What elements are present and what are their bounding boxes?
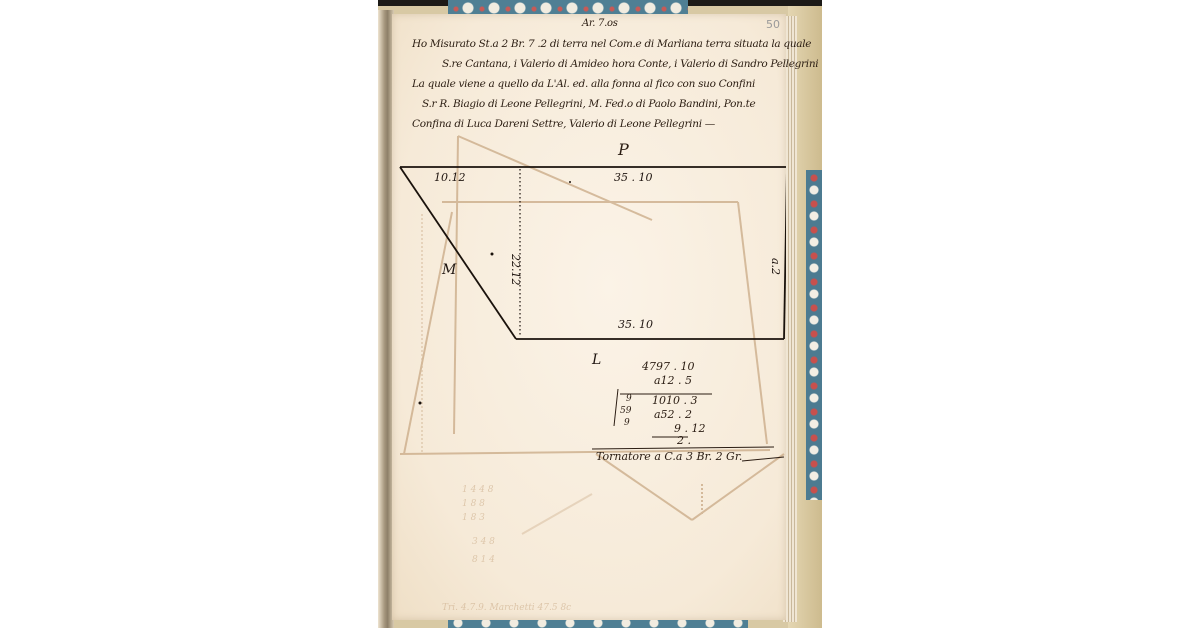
svg-text:Tri. 4.7.9. Marchetti 47.5 8c: Tri. 4.7.9. Marchetti 47.5 8c (442, 603, 571, 613)
svg-text:1 4 4 8: 1 4 4 8 (462, 485, 494, 495)
label-right: a.2 (769, 258, 782, 275)
text-line-2: S.re Cantana, i Valerio di Amideo hora C… (442, 58, 818, 70)
calc-divisor-2: 59 (620, 406, 631, 416)
label-left-letter: M (442, 262, 456, 278)
manuscript-scan: 1 4 4 8 1 8 8 1 8 3 3 4 8 8 1 4 Tri. 4.7… (378, 0, 822, 628)
label-bottom-mark: L (592, 352, 601, 368)
label-top-left: 10.12 (434, 171, 466, 184)
calc-divisor-1: 9 (626, 394, 632, 404)
calc-divisor-3: 9 (624, 418, 630, 428)
text-line-5: Confina di Luca Dareni Settre, Valerio d… (412, 118, 715, 130)
text-line-1: Ho Misurato St.a 2 Br. 7 .2 di terra nel… (412, 38, 811, 50)
label-bottom: 35. 10 (618, 318, 653, 331)
calc-line-2: a12 . 5 (654, 374, 692, 387)
svg-text:1 8 8: 1 8 8 (462, 499, 485, 509)
page-heading: Ar. 7.os (582, 18, 618, 29)
svg-text:8 1 4: 8 1 4 (472, 555, 495, 565)
text-line-4: S.r R. Biagio di Leone Pellegrini, M. Fe… (422, 98, 755, 110)
calc-line-4: a52 . 2 (654, 408, 692, 421)
label-height: 22.12 (509, 254, 522, 286)
folio-number: 50 (766, 18, 780, 31)
calc-result: Tornatore a C.a 3 Br. 2 Gr. (596, 450, 742, 463)
svg-text:1 8 3: 1 8 3 (462, 513, 485, 523)
compass-mark: P (618, 140, 628, 159)
calc-line-1: 4797 . 10 (642, 360, 694, 373)
svg-text:3 4 8: 3 4 8 (472, 537, 495, 547)
image-viewer: 1 4 4 8 1 8 8 1 8 3 3 4 8 8 1 4 Tri. 4.7… (0, 0, 1200, 628)
calc-line-6: 2 . (677, 434, 691, 447)
manuscript-page: 1 4 4 8 1 8 8 1 8 3 3 4 8 8 1 4 Tri. 4.7… (392, 14, 786, 620)
calc-line-3: 1010 . 3 (652, 394, 697, 407)
marbled-endpaper-right (806, 170, 822, 500)
text-line-3: La quale viene a quello da L'Al. ed. all… (412, 78, 755, 90)
label-top-right: 35 . 10 (614, 171, 652, 184)
